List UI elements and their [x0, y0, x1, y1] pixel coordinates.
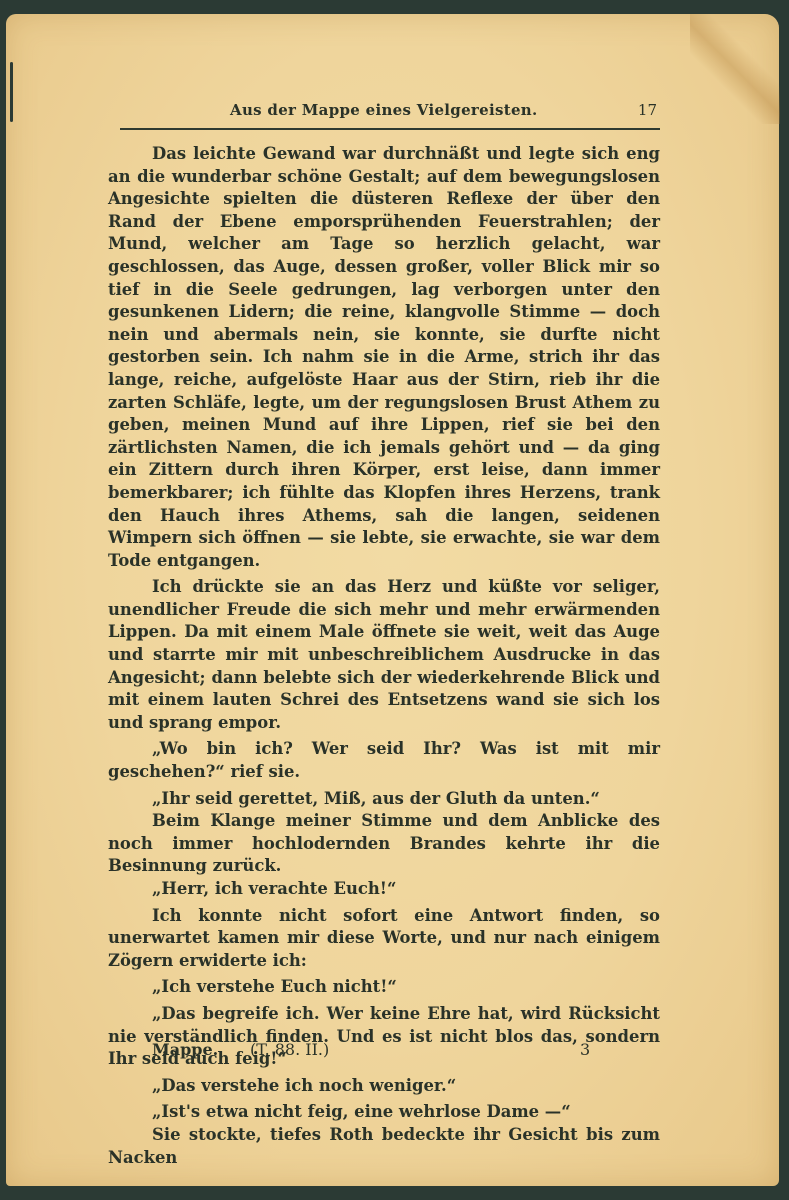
- page-number: 17: [638, 101, 657, 119]
- running-title: Aus der Mappe eines Vielgereisten.: [230, 101, 538, 119]
- header-rule: [120, 128, 660, 130]
- paragraph: „Das verstehe ich noch weniger.“: [108, 1075, 660, 1098]
- signature-reference: (T. 88. II.): [250, 1040, 329, 1059]
- body-text: Das leichte Gewand war durchnäßt und leg…: [108, 143, 660, 1169]
- page-header: Aus der Mappe eines Vielgereisten. 17: [120, 101, 660, 123]
- sheet-number: 3: [580, 1040, 590, 1059]
- paragraph: „Wo bin ich? Wer seid Ihr? Was ist mit m…: [108, 738, 660, 783]
- signature-mark: Mappe.: [152, 1040, 218, 1059]
- paragraph: Ich konnte nicht sofort eine Antwort fin…: [108, 905, 660, 973]
- paragraph: „Ist's etwa nicht feig, eine wehrlose Da…: [108, 1101, 660, 1124]
- paragraph: Beim Klange meiner Stimme und dem Anblic…: [108, 810, 660, 878]
- paragraph: „Ihr seid gerettet, Miß, aus der Gluth d…: [108, 788, 660, 811]
- paragraph: „Ich verstehe Euch nicht!“: [108, 976, 660, 999]
- paragraph: „Herr, ich verachte Euch!“: [108, 878, 660, 901]
- paragraph: Sie stockte, tiefes Roth bedeckte ihr Ge…: [108, 1124, 660, 1169]
- page-footer: Mappe. (T. 88. II.) 3: [152, 1040, 592, 1062]
- paragraph: Das leichte Gewand war durchnäßt und leg…: [108, 143, 660, 572]
- paragraph: Ich drückte sie an das Herz und küßte vo…: [108, 576, 660, 734]
- binding-mark: [10, 62, 13, 122]
